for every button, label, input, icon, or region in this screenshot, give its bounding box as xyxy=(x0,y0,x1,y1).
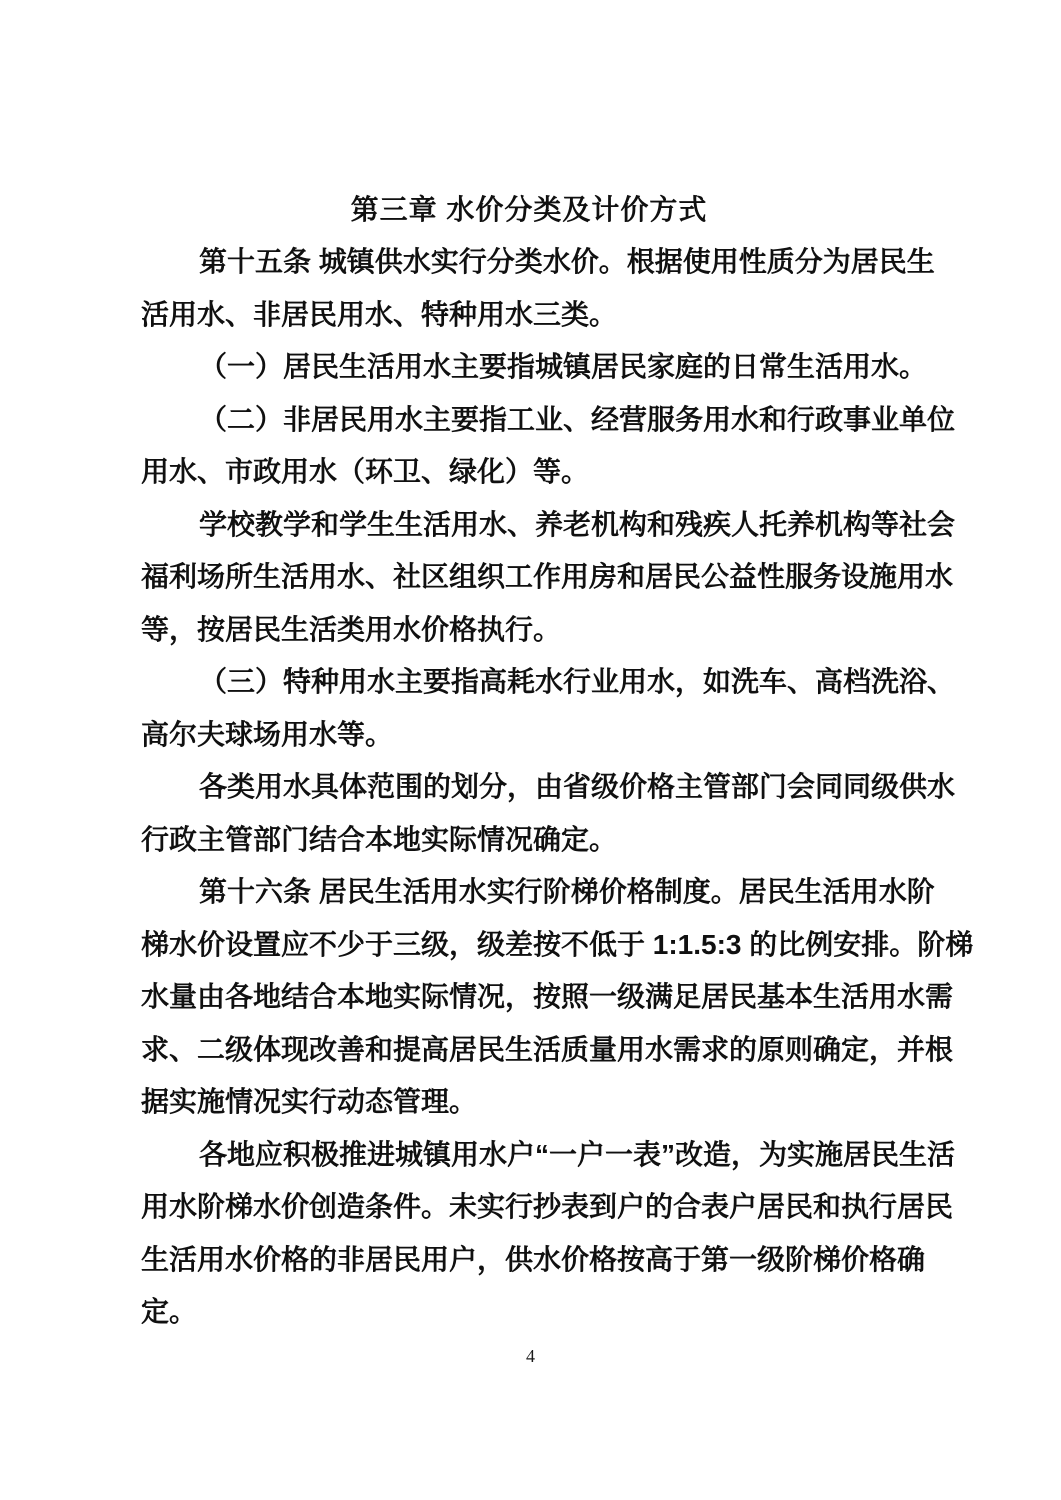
text-line: 用水阶梯水价创造条件。未实行抄表到户的合表户居民和执行居民 xyxy=(141,1181,917,1234)
text-line: 活用水、非居民用水、特种用水三类。 xyxy=(141,289,917,342)
page-number: 4 xyxy=(0,1345,1061,1367)
paragraph: （一）居民生活用水主要指城镇居民家庭的日常生活用水。 xyxy=(141,341,917,394)
text-line: 梯水价设置应不少于三级，级差按不低于 1:1.5:3 的比例安排。阶梯 xyxy=(141,919,917,972)
paragraph: 学校教学和学生生活用水、养老机构和残疾人托养机构等社会福利场所生活用水、社区组织… xyxy=(141,499,917,657)
text-line: 福利场所生活用水、社区组织工作用房和居民公益性服务设施用水 xyxy=(141,551,917,604)
text-line: 高尔夫球场用水等。 xyxy=(141,709,917,762)
text-line: 各地应积极推进城镇用水户“一户一表”改造，为实施居民生活 xyxy=(141,1129,917,1182)
paragraph: （三）特种用水主要指高耗水行业用水，如洗车、高档洗浴、高尔夫球场用水等。 xyxy=(141,656,917,761)
text-line: （二）非居民用水主要指工业、经营服务用水和行政事业单位 xyxy=(141,394,917,447)
paragraph: 各地应积极推进城镇用水户“一户一表”改造，为实施居民生活用水阶梯水价创造条件。未… xyxy=(141,1129,917,1339)
paragraph: 第十六条 居民生活用水实行阶梯价格制度。居民生活用水阶梯水价设置应不少于三级，级… xyxy=(141,866,917,1129)
text-line: 用水、市政用水（环卫、绿化）等。 xyxy=(141,446,917,499)
text-line: 行政主管部门结合本地实际情况确定。 xyxy=(141,814,917,867)
paragraph: 各类用水具体范围的划分，由省级价格主管部门会同同级供水行政主管部门结合本地实际情… xyxy=(141,761,917,866)
text-line: 各类用水具体范围的划分，由省级价格主管部门会同同级供水 xyxy=(141,761,917,814)
text-line: （三）特种用水主要指高耗水行业用水，如洗车、高档洗浴、 xyxy=(141,656,917,709)
paragraphs-container: 第十五条 城镇供水实行分类水价。根据使用性质分为居民生活用水、非居民用水、特种用… xyxy=(141,236,917,1339)
text-line: 生活用水价格的非居民用户，供水价格按高于第一级阶梯价格确 xyxy=(141,1234,917,1287)
document-body: 第三章 水价分类及计价方式 第十五条 城镇供水实行分类水价。根据使用性质分为居民… xyxy=(141,183,917,1339)
paragraph: （二）非居民用水主要指工业、经营服务用水和行政事业单位用水、市政用水（环卫、绿化… xyxy=(141,394,917,499)
document-page: 第三章 水价分类及计价方式 第十五条 城镇供水实行分类水价。根据使用性质分为居民… xyxy=(0,0,1061,1500)
chapter-heading: 第三章 水价分类及计价方式 xyxy=(141,183,917,236)
text-line: 据实施情况实行动态管理。 xyxy=(141,1076,917,1129)
text-line: （一）居民生活用水主要指城镇居民家庭的日常生活用水。 xyxy=(141,341,917,394)
text-line: 水量由各地结合本地实际情况，按照一级满足居民基本生活用水需 xyxy=(141,971,917,1024)
text-line: 求、二级体现改善和提高居民生活质量用水需求的原则确定，并根 xyxy=(141,1024,917,1077)
text-line: 学校教学和学生生活用水、养老机构和残疾人托养机构等社会 xyxy=(141,499,917,552)
paragraph: 第十五条 城镇供水实行分类水价。根据使用性质分为居民生活用水、非居民用水、特种用… xyxy=(141,236,917,341)
text-line: 第十六条 居民生活用水实行阶梯价格制度。居民生活用水阶 xyxy=(141,866,917,919)
text-line: 定。 xyxy=(141,1286,917,1339)
text-line: 等，按居民生活类用水价格执行。 xyxy=(141,604,917,657)
text-line: 第十五条 城镇供水实行分类水价。根据使用性质分为居民生 xyxy=(141,236,917,289)
